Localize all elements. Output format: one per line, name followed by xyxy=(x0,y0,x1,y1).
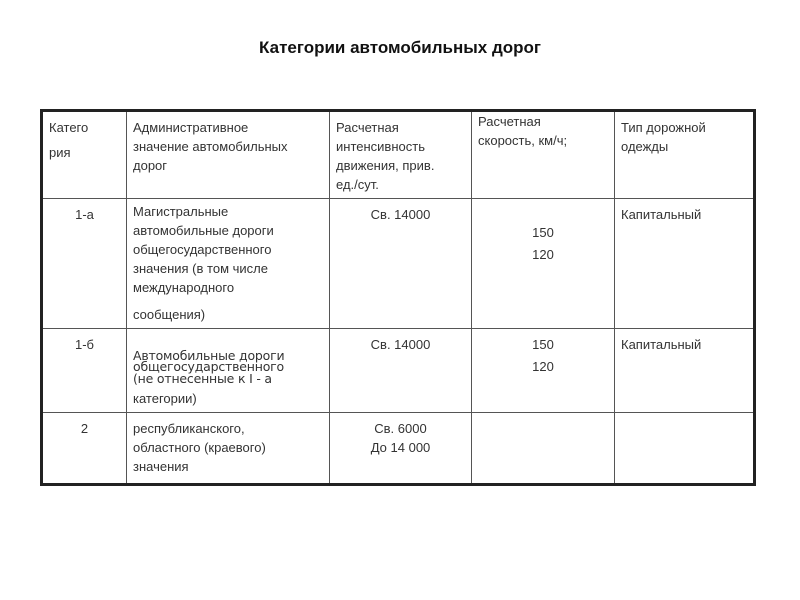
header-text: Расчетная xyxy=(336,118,465,137)
header-text: ед./сут. xyxy=(336,175,465,194)
header-intensity: Расчетная интенсивность движения, прив. … xyxy=(330,111,472,199)
cell-admin: республиканского, областного (краевого) … xyxy=(127,413,330,485)
header-text: дорог xyxy=(133,156,323,175)
cell-text: 120 xyxy=(478,245,608,264)
header-text: рия xyxy=(49,143,120,162)
cell-admin: Автомобильные дороги общегосударственног… xyxy=(127,329,330,413)
cell-pavement: Капитальный xyxy=(615,329,755,413)
cell-text: Магистральные xyxy=(133,202,323,221)
table-header-row: Катего рия Административное значение авт… xyxy=(42,111,755,199)
cell-admin: Магистральные автомобильные дороги общег… xyxy=(127,199,330,329)
header-pavement: Тип дорожной одежды xyxy=(615,111,755,199)
cell-speed xyxy=(472,413,615,485)
cell-intensity: Св. 14000 xyxy=(330,199,472,329)
cell-speed: 150 120 xyxy=(472,329,615,413)
table-row: 1-а Магистральные автомобильные дороги о… xyxy=(42,199,755,329)
cell-text: сообщения) xyxy=(133,305,323,324)
cell-text: 150 xyxy=(478,223,608,242)
header-admin: Административное значение автомобильных … xyxy=(127,111,330,199)
header-text: значение автомобильных xyxy=(133,137,323,156)
header-text: скорость, км/ч; xyxy=(478,131,608,150)
cell-text: Св. 14000 xyxy=(336,335,465,354)
cell-pavement: Капитальный xyxy=(615,199,755,329)
cell-text: Св. 6000 xyxy=(336,419,465,438)
cell-text: категории) xyxy=(133,389,323,408)
cell-intensity: Св. 14000 xyxy=(330,329,472,413)
cell-text: общегосударственного xyxy=(133,240,323,259)
cell-text: автомобильные дороги xyxy=(133,221,323,240)
cell-text: 150 xyxy=(478,335,608,354)
header-category: Катего рия xyxy=(42,111,127,199)
header-text: Тип дорожной xyxy=(621,118,747,137)
header-text: одежды xyxy=(621,137,747,156)
cell-text: До 14 000 xyxy=(336,438,465,457)
cell-category: 2 xyxy=(42,413,127,485)
cell-text: международного xyxy=(133,278,323,297)
cell-category: 1-а xyxy=(42,199,127,329)
cell-text: республиканского, xyxy=(133,419,323,438)
header-text: Административное xyxy=(133,118,323,137)
road-categories-table: Катего рия Административное значение авт… xyxy=(40,109,756,486)
header-speed: Расчетная скорость, км/ч; xyxy=(472,111,615,199)
cell-text: (не отнесенные к I - а xyxy=(133,372,323,386)
cell-text: значения xyxy=(133,457,323,476)
cell-text: значения (в том числе xyxy=(133,259,323,278)
cell-text: областного (краевого) xyxy=(133,438,323,457)
cell-category: 1-б xyxy=(42,329,127,413)
header-text: Катего xyxy=(49,118,120,137)
cell-text: Св. 14000 xyxy=(336,205,465,224)
header-text: Расчетная xyxy=(478,112,608,131)
header-text: движения, прив. xyxy=(336,156,465,175)
cell-pavement xyxy=(615,413,755,485)
cell-speed: 150 120 xyxy=(472,199,615,329)
header-text: интенсивность xyxy=(336,137,465,156)
cell-intensity: Св. 6000 До 14 000 xyxy=(330,413,472,485)
page-title: Категории автомобильных дорог xyxy=(0,38,800,58)
table-row: 2 республиканского, областного (краевого… xyxy=(42,413,755,485)
cell-text: 120 xyxy=(478,357,608,376)
table-row: 1-б Автомобильные дороги общегосударстве… xyxy=(42,329,755,413)
